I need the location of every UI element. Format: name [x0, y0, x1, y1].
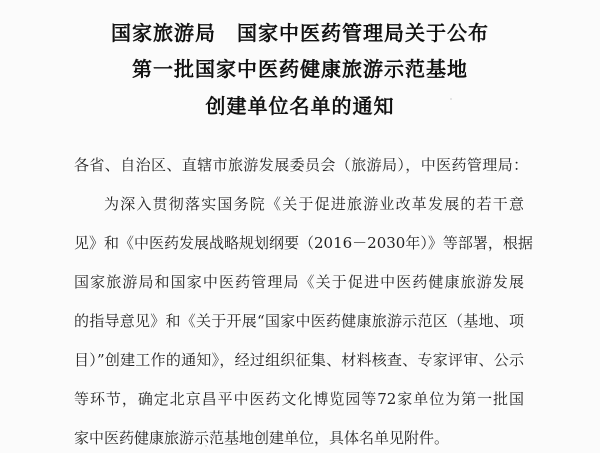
document-page: 国家旅游局 国家中医药管理局关于公布 第一批国家中医药健康旅游示范基地 创建单位…: [0, 0, 600, 453]
body-line-2: 见》和《中医药发展战略规划纲要（2016－2030年）》等部署，根据: [74, 233, 524, 253]
body-line-5: 目）”创建工作的通知》，经过组织征集、材料核查、专家评审、公示: [74, 350, 524, 370]
body-line-4: 的指导意见》和《关于开展“国家中医药健康旅游示范区（基地、项: [74, 311, 524, 331]
document-title-line-1: 国家旅游局 国家中医药管理局关于公布: [0, 20, 600, 46]
scan-speck: [205, 445, 207, 447]
body-line-1: 为深入贯彻落实国务院《关于促进旅游业改革发展的若干意: [104, 194, 524, 214]
scan-speck: [450, 98, 452, 100]
document-title-line-3: 创建单位名单的通知: [0, 93, 600, 119]
body-line-3: 国家旅游局和国家中医药管理局《关于促进中医药健康旅游发展: [74, 272, 524, 292]
document-title-line-2: 第一批国家中医药健康旅游示范基地: [0, 56, 600, 82]
body-line-6: 等环节，确定北京昌平中医药文化博览园等72家单位为第一批国: [74, 389, 524, 409]
body-line-7: 家中医药健康旅游示范基地创建单位，具体名单见附件。: [74, 428, 524, 448]
salutation: 各省、自治区、直辖市旅游发展委员会（旅游局），中医药管理局：: [74, 155, 524, 175]
